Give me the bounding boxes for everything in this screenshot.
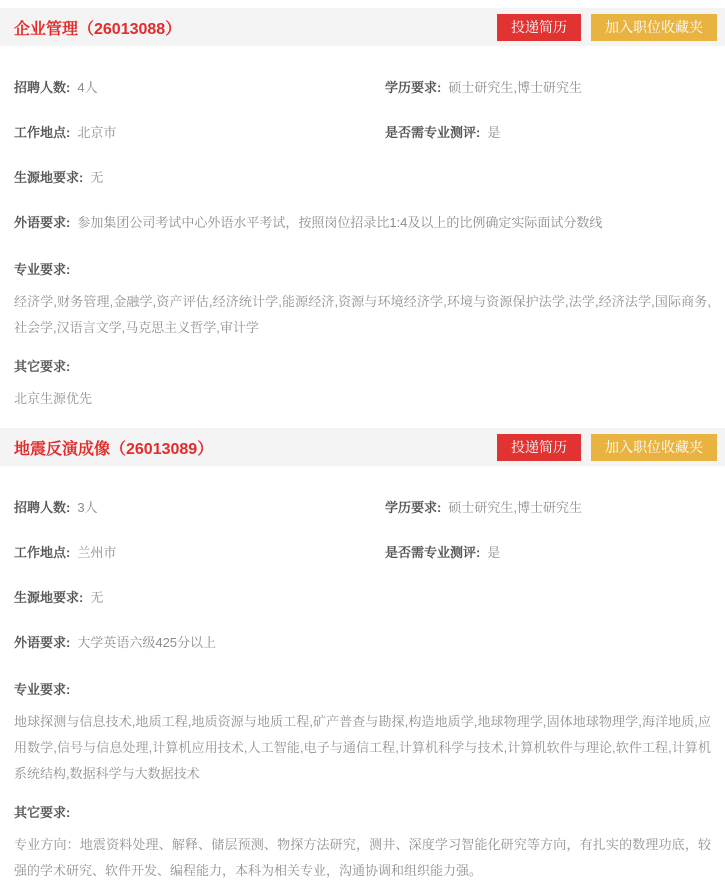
field-label: 工作地点: bbox=[14, 545, 70, 560]
apply-resume-button[interactable]: 投递简历 bbox=[497, 14, 581, 41]
field-value: 硕士研究生,博士研究生 bbox=[448, 80, 582, 95]
field-value: 是 bbox=[487, 125, 500, 140]
job-section-26013088: 企业管理（26013088） 投递简历 加入职位收藏夹 招聘人数:4人 学历要求… bbox=[0, 8, 725, 412]
job-details: 招聘人数:3人 学历要求:硕士研究生,博士研究生 工作地点:兰州市 是否需专业测… bbox=[0, 466, 725, 884]
job-header: 地震反演成像（26013089） 投递简历 加入职位收藏夹 bbox=[0, 428, 725, 466]
field-origin: 生源地要求:无 bbox=[14, 168, 711, 187]
field-value: 参加集团公司考试中心外语水平考试，按照岗位招录比1:4及以上的比例确定实际面试分… bbox=[77, 215, 602, 230]
job-detail-grid: 招聘人数:3人 学历要求:硕士研究生,博士研究生 工作地点:兰州市 是否需专业测… bbox=[14, 466, 711, 678]
field-value: 无 bbox=[90, 170, 103, 185]
field-label: 生源地要求: bbox=[14, 590, 83, 605]
apply-resume-button[interactable]: 投递简历 bbox=[497, 434, 581, 461]
field-recruit-count: 招聘人数:4人 bbox=[14, 78, 385, 97]
field-value: 硕士研究生,博士研究生 bbox=[448, 500, 582, 515]
field-value: 兰州市 bbox=[77, 545, 116, 560]
job-title: 企业管理（26013088） bbox=[14, 16, 181, 39]
job-detail-grid: 招聘人数:4人 学历要求:硕士研究生,博士研究生 工作地点:北京市 是否需专业测… bbox=[14, 46, 711, 258]
field-assessment: 是否需专业测评:是 bbox=[385, 543, 711, 562]
field-foreign-language: 外语要求:大学英语六级425分以上 bbox=[14, 633, 711, 652]
field-foreign-language: 外语要求:参加集团公司考试中心外语水平考试，按照岗位招录比1:4及以上的比例确定… bbox=[14, 213, 711, 232]
field-label: 外语要求: bbox=[14, 215, 70, 230]
add-favorite-button[interactable]: 加入职位收藏夹 bbox=[591, 14, 717, 41]
field-assessment: 是否需专业测评:是 bbox=[385, 123, 711, 142]
field-value: 3人 bbox=[77, 500, 97, 515]
job-header: 企业管理（26013088） 投递简历 加入职位收藏夹 bbox=[0, 8, 725, 46]
field-label: 专业要求: bbox=[14, 260, 711, 279]
field-label: 工作地点: bbox=[14, 125, 70, 140]
field-label: 招聘人数: bbox=[14, 500, 70, 515]
field-label: 生源地要求: bbox=[14, 170, 83, 185]
field-value: 无 bbox=[90, 590, 103, 605]
field-label: 其它要求: bbox=[14, 803, 711, 822]
job-title: 地震反演成像（26013089） bbox=[14, 436, 213, 459]
field-other-block: 其它要求: 专业方向：地震资料处理、解释、储层预测、物探方法研究，测井、深度学习… bbox=[14, 803, 711, 884]
field-value: 是 bbox=[487, 545, 500, 560]
field-label: 招聘人数: bbox=[14, 80, 70, 95]
field-value: 大学英语六级425分以上 bbox=[77, 635, 216, 650]
field-label: 其它要求: bbox=[14, 357, 711, 376]
field-recruit-count: 招聘人数:3人 bbox=[14, 498, 385, 517]
field-origin: 生源地要求:无 bbox=[14, 588, 711, 607]
add-favorite-button[interactable]: 加入职位收藏夹 bbox=[591, 434, 717, 461]
field-value: 北京生源优先 bbox=[14, 386, 711, 412]
field-location: 工作地点:北京市 bbox=[14, 123, 385, 142]
job-listing-page: 企业管理（26013088） 投递简历 加入职位收藏夹 招聘人数:4人 学历要求… bbox=[0, 0, 725, 884]
field-value: 专业方向：地震资料处理、解释、储层预测、物探方法研究，测井、深度学习智能化研究等… bbox=[14, 832, 711, 884]
field-label: 是否需专业测评: bbox=[385, 125, 480, 140]
job-details: 招聘人数:4人 学历要求:硕士研究生,博士研究生 工作地点:北京市 是否需专业测… bbox=[0, 46, 725, 412]
job-header-buttons: 投递简历 加入职位收藏夹 bbox=[497, 14, 717, 41]
field-label: 是否需专业测评: bbox=[385, 545, 480, 560]
field-label: 学历要求: bbox=[385, 80, 441, 95]
field-education: 学历要求:硕士研究生,博士研究生 bbox=[385, 78, 711, 97]
field-value: 4人 bbox=[77, 80, 97, 95]
field-value: 地球探测与信息技术,地质工程,地质资源与地质工程,矿产普查与勘探,构造地质学,地… bbox=[14, 709, 711, 787]
field-label: 外语要求: bbox=[14, 635, 70, 650]
job-section-26013089: 地震反演成像（26013089） 投递简历 加入职位收藏夹 招聘人数:3人 学历… bbox=[0, 428, 725, 884]
field-education: 学历要求:硕士研究生,博士研究生 bbox=[385, 498, 711, 517]
field-value: 经济学,财务管理,金融学,资产评估,经济统计学,能源经济,资源与环境经济学,环境… bbox=[14, 289, 711, 341]
field-label: 专业要求: bbox=[14, 680, 711, 699]
field-label: 学历要求: bbox=[385, 500, 441, 515]
job-header-buttons: 投递简历 加入职位收藏夹 bbox=[497, 434, 717, 461]
field-major-block: 专业要求: 经济学,财务管理,金融学,资产评估,经济统计学,能源经济,资源与环境… bbox=[14, 260, 711, 341]
field-other-block: 其它要求: 北京生源优先 bbox=[14, 357, 711, 412]
field-major-block: 专业要求: 地球探测与信息技术,地质工程,地质资源与地质工程,矿产普查与勘探,构… bbox=[14, 680, 711, 787]
field-location: 工作地点:兰州市 bbox=[14, 543, 385, 562]
field-value: 北京市 bbox=[77, 125, 116, 140]
